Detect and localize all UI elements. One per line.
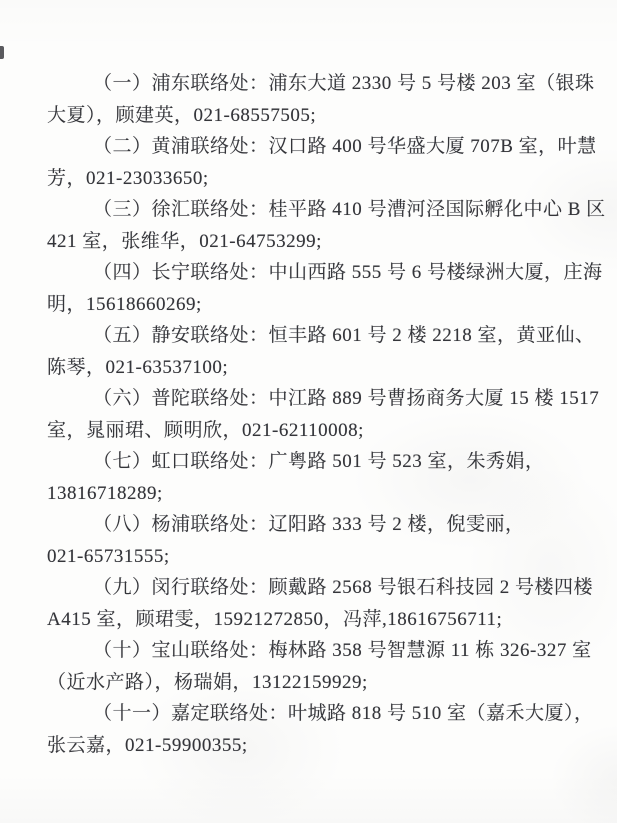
text-line: 明，15618660269; [47, 289, 587, 321]
liaison-entry-huangpu: （二）黄浦联络处：汉口路 400 号华盛大厦 707B 室，叶慧 芳，021-2… [47, 131, 587, 194]
text-line: 021-65731555; [47, 541, 587, 573]
liaison-entry-baoshan: （十）宝山联络处：梅林路 358 号智慧源 11 栋 326-327 室 （近水… [47, 635, 587, 698]
text-line: （七）虹口联络处：广粤路 501 号 523 室，朱秀娟， [47, 446, 587, 478]
text-line: （六）普陀联络处：中江路 889 号曹扬商务大厦 15 楼 1517 [47, 383, 587, 415]
text-line: 421 室，张维华，021-64753299; [47, 226, 587, 258]
text-line: （三）徐汇联络处：桂平路 410 号漕河泾国际孵化中心 B 区 [47, 194, 587, 226]
liaison-entry-hongkou: （七）虹口联络处：广粤路 501 号 523 室，朱秀娟， 1381671828… [47, 446, 587, 509]
scanned-document-page: （一）浦东联络处：浦东大道 2330 号 5 号楼 203 室（银珠 大夏），顾… [0, 0, 617, 823]
liaison-entry-changning: （四）长宁联络处：中山西路 555 号 6 号楼绿洲大厦，庄海 明，156186… [47, 257, 587, 320]
liaison-entry-xuhui: （三）徐汇联络处：桂平路 410 号漕河泾国际孵化中心 B 区 421 室，张维… [47, 194, 587, 257]
text-line: （二）黄浦联络处：汉口路 400 号华盛大厦 707B 室，叶慧 [47, 131, 587, 163]
text-line: （八）杨浦联络处：辽阳路 333 号 2 楼，倪雯丽， [47, 509, 587, 541]
text-line: 陈琴，021-63537100; [47, 352, 587, 384]
text-line: 大夏），顾建英，021-68557505; [47, 100, 587, 132]
text-line: 13816718289; [47, 478, 587, 510]
text-line: 芳，021-23033650; [47, 163, 587, 195]
liaison-entry-yangpu: （八）杨浦联络处：辽阳路 333 号 2 楼，倪雯丽， 021-65731555… [47, 509, 587, 572]
text-line: 室，晁丽珺、顾明欣，021-62110008; [47, 415, 587, 447]
liaison-entry-jiading: （十一）嘉定联络处：叶城路 818 号 510 室（嘉禾大厦）， 张云嘉，021… [47, 698, 587, 761]
liaison-entry-jingan: （五）静安联络处：恒丰路 601 号 2 楼 2218 室，黄亚仙、 陈琴，02… [47, 320, 587, 383]
text-line: （近水产路），杨瑞娟，13122159929; [47, 667, 587, 699]
text-line: （一）浦东联络处：浦东大道 2330 号 5 号楼 203 室（银珠 [47, 68, 587, 100]
scan-artifact [0, 46, 4, 59]
liaison-office-list: （一）浦东联络处：浦东大道 2330 号 5 号楼 203 室（银珠 大夏），顾… [47, 68, 587, 761]
text-line: （九）闵行联络处：顾戴路 2568 号银石科技园 2 号楼四楼 [47, 572, 587, 604]
text-line: A415 室，顾珺雯，15921272850，冯萍,18616756711; [47, 604, 587, 636]
text-line: （十一）嘉定联络处：叶城路 818 号 510 室（嘉禾大厦）， [47, 698, 587, 730]
text-line: 张云嘉，021-59900355; [47, 730, 587, 762]
text-line: （五）静安联络处：恒丰路 601 号 2 楼 2218 室，黄亚仙、 [47, 320, 587, 352]
text-line: （十）宝山联络处：梅林路 358 号智慧源 11 栋 326-327 室 [47, 635, 587, 667]
liaison-entry-pudong: （一）浦东联络处：浦东大道 2330 号 5 号楼 203 室（银珠 大夏），顾… [47, 68, 587, 131]
text-line: （四）长宁联络处：中山西路 555 号 6 号楼绿洲大厦，庄海 [47, 257, 587, 289]
liaison-entry-putuo: （六）普陀联络处：中江路 889 号曹扬商务大厦 15 楼 1517 室，晁丽珺… [47, 383, 587, 446]
liaison-entry-minhang: （九）闵行联络处：顾戴路 2568 号银石科技园 2 号楼四楼 A415 室，顾… [47, 572, 587, 635]
